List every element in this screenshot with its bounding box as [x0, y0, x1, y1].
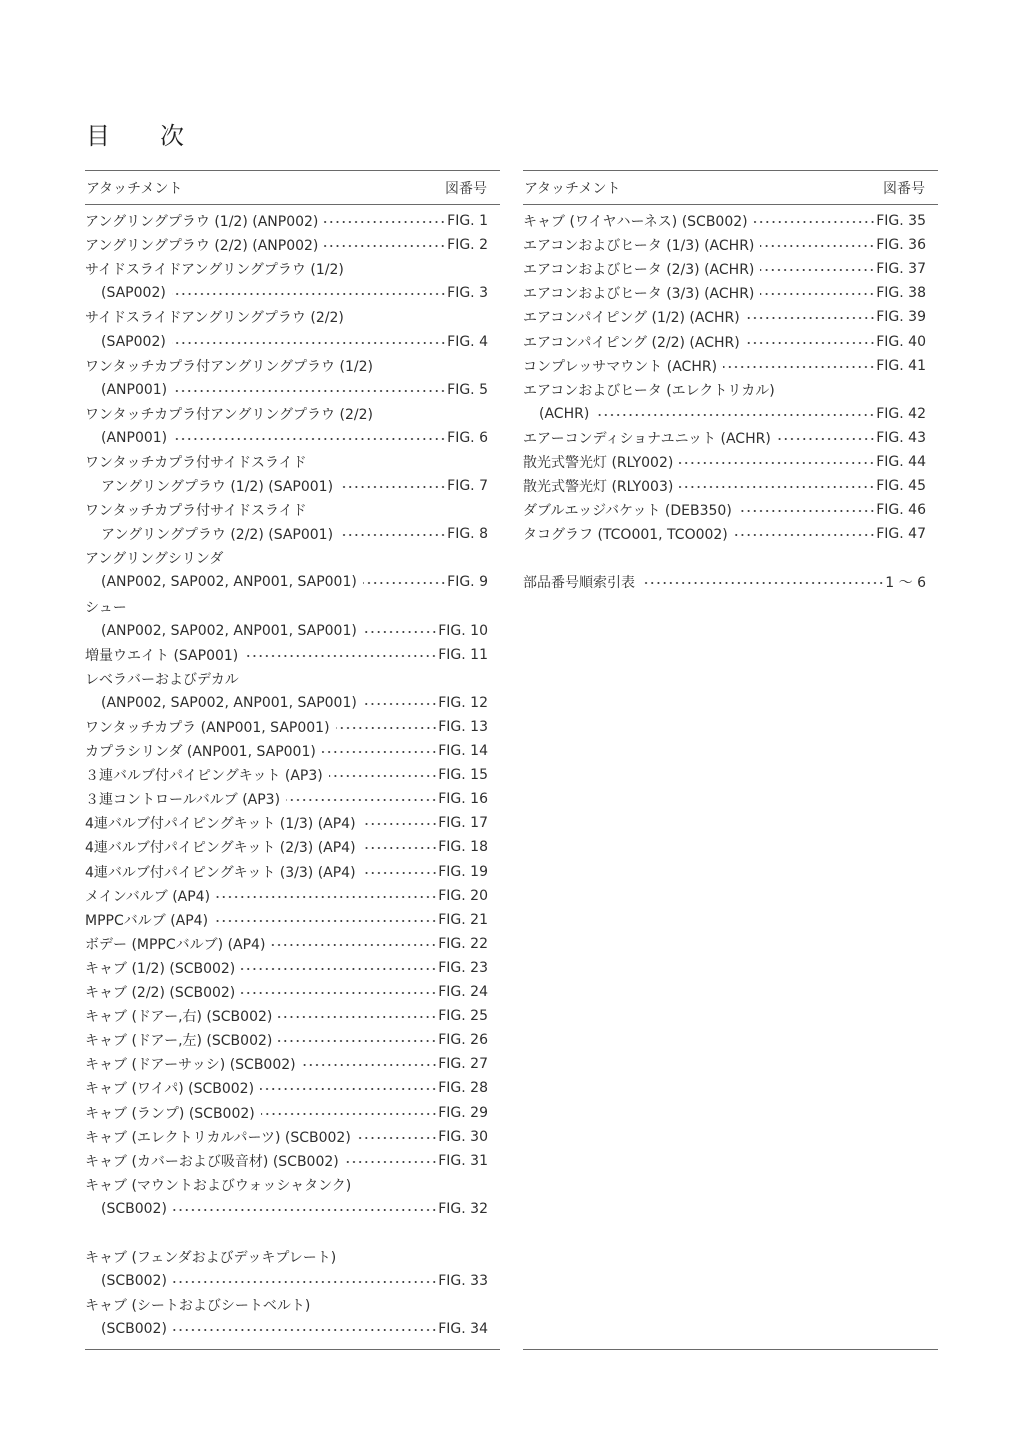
figure-number-link[interactable]: FIG. 21 — [438, 912, 488, 928]
figure-number-link[interactable]: FIG. 19 — [438, 864, 488, 880]
figure-number-link[interactable]: FIG. 1 — [447, 213, 488, 229]
figure-number-link[interactable]: 1 ～ 6 — [885, 572, 926, 592]
dot-leader — [216, 896, 437, 898]
figure-number-link[interactable]: FIG. 39 — [876, 309, 926, 325]
toc-entry-heading: キャブ (シートおよびシートベルト) — [85, 1293, 500, 1317]
toc-entry-heading: サイドスライドアングリングプラウ (1/2) — [85, 257, 500, 281]
figure-number-link[interactable]: FIG. 18 — [438, 839, 488, 855]
dot-leader — [738, 510, 875, 512]
dot-leader — [302, 1064, 438, 1066]
header-figure-number: 図番号 — [883, 178, 925, 198]
figure-number-link[interactable]: FIG. 42 — [876, 406, 926, 422]
toc-entry[interactable]: アングリングプラウ (1/2) (SAP001)FIG. 7 — [85, 474, 500, 498]
figure-number-link[interactable]: FIG. 33 — [438, 1273, 488, 1289]
dot-leader — [363, 703, 437, 705]
dot-leader — [754, 221, 876, 223]
toc-entry-label: (ANP002, SAP002, ANP001, SAP001) — [85, 695, 357, 711]
toc-entry-label: エアコンおよびヒータ (3/3) (ACHR) — [523, 283, 754, 303]
figure-number-link[interactable]: FIG. 36 — [876, 237, 926, 253]
dot-leader — [363, 582, 446, 584]
toc-entry-label: 増量ウエイト (SAP001) — [85, 645, 238, 665]
toc-entry[interactable]: 部品番号順索引表1 ～ 6 — [523, 570, 938, 594]
column-header: アタッチメント 図番号 — [523, 171, 938, 204]
toc-entry-heading: ワンタッチカプラ付アングリングプラウ (2/2) — [85, 402, 500, 426]
dot-leader — [173, 1209, 437, 1211]
dot-leader — [172, 342, 446, 344]
toc-entry-heading: シュー — [85, 595, 500, 619]
toc-entry[interactable]: (ANP001)FIG. 6 — [85, 426, 500, 450]
figure-number-link[interactable]: FIG. 4 — [447, 334, 488, 350]
toc-entry[interactable]: (SAP002)FIG. 3 — [85, 281, 500, 305]
toc-entry[interactable]: キャブ (ドアー,右) (SCB002)FIG. 25 — [85, 1004, 500, 1028]
toc-entry-heading: キャブ (フェンダおよびデッキプレート) — [85, 1245, 500, 1269]
header-attachment: アタッチメント — [86, 178, 182, 198]
toc-entry[interactable]: キャブ (1/2) (SCB002)FIG. 23 — [85, 956, 500, 980]
toc-entry-label: キャブ (ドアーサッシ) (SCB002) — [85, 1054, 296, 1074]
figure-number-link[interactable]: FIG. 27 — [438, 1056, 488, 1072]
toc-entry-label: ３連コントロールバルブ (AP3) — [85, 789, 280, 809]
toc-entry-label: (SAP002) — [85, 334, 166, 350]
dot-leader — [734, 534, 875, 536]
toc-entry[interactable]: ３連バルブ付パイピングキット (AP3)FIG. 15 — [85, 763, 500, 787]
toc-entry[interactable]: (SCB002)FIG. 34 — [85, 1317, 500, 1341]
toc-entry-label: 部品番号順索引表 — [523, 572, 635, 592]
dot-leader — [324, 245, 446, 247]
figure-number-link[interactable]: FIG. 14 — [438, 743, 488, 759]
figure-number-link[interactable]: FIG. 46 — [876, 502, 926, 518]
toc-entry-label: エアコンおよびヒータ (エレクトリカル) — [523, 380, 775, 400]
toc-entry[interactable]: アングリングプラウ (2/2) (ANP002)FIG. 2 — [85, 233, 500, 257]
dot-leader — [241, 968, 437, 970]
toc-entry-label: アングリングプラウ (1/2) (SAP001) — [85, 476, 333, 496]
toc-entry-label: MPPCバルブ (AP4) — [85, 910, 208, 930]
toc-entry[interactable]: アングリングプラウ (2/2) (SAP001)FIG. 8 — [85, 522, 500, 546]
dot-leader — [641, 582, 884, 584]
toc-entry-label: (ACHR) — [523, 406, 589, 422]
toc-entry-label: エアコンおよびヒータ (1/3) (ACHR) — [523, 235, 754, 255]
toc-entry[interactable]: 散光式警光灯 (RLY002)FIG. 44 — [523, 450, 938, 474]
toc-entry-label: アングリングプラウ (1/2) (ANP002) — [85, 211, 318, 231]
toc-entry[interactable]: キャブ (ランプ) (SCB002)FIG. 29 — [85, 1100, 500, 1124]
toc-entry-label: キャブ (シートおよびシートベルト) — [85, 1295, 310, 1315]
toc-entry[interactable]: 4連バルブ付パイピングキット (2/3) (AP4)FIG. 18 — [85, 835, 500, 859]
toc-entry[interactable]: ワンタッチカプラ (ANP001, SAP001)FIG. 13 — [85, 715, 500, 739]
dot-leader — [595, 414, 875, 416]
figure-number-link[interactable]: FIG. 13 — [438, 719, 488, 735]
toc-entry-label: カプラシリンダ (ANP001, SAP001) — [85, 741, 316, 761]
toc-entry-label: キャブ (フェンダおよびデッキプレート) — [85, 1247, 336, 1267]
figure-number-link[interactable]: FIG. 9 — [447, 574, 488, 590]
dot-leader — [336, 727, 438, 729]
toc-list: キャブ (ワイヤハーネス) (SCB002)FIG. 35エアコンおよびヒータ … — [523, 205, 938, 595]
toc-entry-label: タコグラフ (TCO001, TCO002) — [523, 524, 728, 544]
dot-leader — [363, 631, 437, 633]
figure-number-link[interactable]: FIG. 32 — [438, 1201, 488, 1217]
dot-leader — [172, 293, 446, 295]
dot-leader — [278, 1040, 437, 1042]
toc-entry[interactable]: アングリングプラウ (1/2) (ANP002)FIG. 1 — [85, 209, 500, 233]
toc-entry-label: キャブ (ランプ) (SCB002) — [85, 1103, 255, 1123]
toc-entry[interactable]: キャブ (ドアー,左) (SCB002)FIG. 26 — [85, 1028, 500, 1052]
dot-leader — [339, 486, 446, 488]
toc-entry-label: ワンタッチカプラ付アングリングプラウ (2/2) — [85, 404, 373, 424]
dot-leader — [278, 1016, 437, 1018]
toc-entry[interactable]: MPPCバルブ (AP4)FIG. 21 — [85, 908, 500, 932]
figure-number-link[interactable]: FIG. 16 — [438, 791, 488, 807]
toc-entry[interactable]: (SAP002)FIG. 4 — [85, 329, 500, 353]
toc-entry-heading: サイドスライドアングリングプラウ (2/2) — [85, 305, 500, 329]
figure-number-link[interactable]: FIG. 26 — [438, 1032, 488, 1048]
dot-leader — [322, 751, 437, 753]
toc-entry[interactable]: (ANP001)FIG. 5 — [85, 378, 500, 402]
toc-entry-label: キャブ (ワイヤハーネス) (SCB002) — [523, 211, 748, 231]
toc-entry-label: キャブ (ワイパ) (SCB002) — [85, 1078, 254, 1098]
figure-number-link[interactable]: FIG. 6 — [447, 430, 488, 446]
toc-entry[interactable]: エアコンパイピング (1/2) (ACHR)FIG. 39 — [523, 305, 938, 329]
dot-leader — [244, 655, 437, 657]
toc-column-left: アタッチメント 図番号 アングリングプラウ (1/2) (ANP002)FIG.… — [85, 170, 500, 1341]
toc-entry-heading: レベラバーおよびデカル — [85, 667, 500, 691]
figure-number-link[interactable]: FIG. 2 — [447, 237, 488, 253]
toc-entry-label: ワンタッチカプラ付アングリングプラウ (1/2) — [85, 356, 373, 376]
toc-entry[interactable]: ３連コントロールバルブ (AP3)FIG. 16 — [85, 787, 500, 811]
figure-number-link[interactable]: FIG. 22 — [438, 936, 488, 952]
figure-number-link[interactable]: FIG. 35 — [876, 213, 926, 229]
dot-leader — [723, 366, 875, 368]
toc-list: アングリングプラウ (1/2) (ANP002)FIG. 1アングリングプラウ … — [85, 205, 500, 1341]
toc-entry-label: 4連バルブ付パイピングキット (1/3) (AP4) — [85, 813, 356, 833]
dot-leader — [261, 1113, 438, 1115]
figure-number-link[interactable]: FIG. 30 — [438, 1129, 488, 1145]
toc-entry-label: メインバルブ (AP4) — [85, 886, 210, 906]
toc-entry-label: 4連バルブ付パイピングキット (2/3) (AP4) — [85, 837, 356, 857]
toc-entry[interactable]: キャブ (ドアーサッシ) (SCB002)FIG. 27 — [85, 1052, 500, 1076]
toc-entry[interactable]: (SCB002)FIG. 32 — [85, 1197, 500, 1221]
figure-number-link[interactable]: FIG. 37 — [876, 261, 926, 277]
toc-entry-label: アングリングプラウ (2/2) (ANP002) — [85, 235, 318, 255]
figure-number-link[interactable]: FIG. 20 — [438, 888, 488, 904]
toc-entry[interactable]: タコグラフ (TCO001, TCO002)FIG. 47 — [523, 522, 938, 546]
toc-entry-label: (SCB002) — [85, 1201, 167, 1217]
header-attachment: アタッチメント — [524, 178, 620, 198]
toc-entry-label: エアーコンディショナユニット (ACHR) — [523, 428, 771, 448]
toc-entry[interactable]: キャブ (ワイパ) (SCB002)FIG. 28 — [85, 1076, 500, 1100]
toc-entry-label: エアコンおよびヒータ (2/3) (ACHR) — [523, 259, 754, 279]
dot-leader — [173, 1329, 437, 1331]
toc-entry[interactable]: キャブ (カバーおよび吸音材) (SCB002)FIG. 31 — [85, 1149, 500, 1173]
toc-entry[interactable]: エアコンおよびヒータ (1/3) (ACHR)FIG. 36 — [523, 233, 938, 257]
dot-leader — [362, 872, 438, 874]
toc-entry-label: (ANP002, SAP002, ANP001, SAP001) — [85, 623, 357, 639]
figure-number-link[interactable]: FIG. 47 — [876, 526, 926, 542]
bottom-rule-right — [523, 1349, 938, 1350]
figure-number-link[interactable]: FIG. 23 — [438, 960, 488, 976]
toc-entry-label: キャブ (2/2) (SCB002) — [85, 982, 235, 1002]
toc-column-right: アタッチメント 図番号 キャブ (ワイヤハーネス) (SCB002)FIG. 3… — [523, 170, 938, 595]
toc-entry-heading: キャブ (マウントおよびウォッシャタンク) — [85, 1173, 500, 1197]
dot-leader — [260, 1088, 437, 1090]
toc-entry[interactable]: (SCB002)FIG. 33 — [85, 1269, 500, 1293]
toc-entry[interactable]: エアーコンディショナユニット (ACHR)FIG. 43 — [523, 426, 938, 450]
toc-entry-label: 4連バルブ付パイピングキット (3/3) (AP4) — [85, 862, 356, 882]
toc-entry[interactable]: ダブルエッジバケット (DEB350)FIG. 46 — [523, 498, 938, 522]
page-title: 目次 — [86, 116, 184, 151]
toc-entry-label: アングリングシリンダ — [85, 548, 223, 568]
toc-entry[interactable]: (ACHR)FIG. 42 — [523, 402, 938, 426]
toc-entry[interactable]: (ANP002, SAP002, ANP001, SAP001)FIG. 12 — [85, 691, 500, 715]
dot-leader — [746, 317, 876, 319]
figure-number-link[interactable]: FIG. 40 — [876, 334, 926, 350]
toc-entry-label: 散光式警光灯 (RLY002) — [523, 452, 673, 472]
figure-number-link[interactable]: FIG. 24 — [438, 984, 488, 1000]
figure-number-link[interactable]: FIG. 15 — [438, 767, 488, 783]
toc-entry[interactable]: キャブ (2/2) (SCB002)FIG. 24 — [85, 980, 500, 1004]
figure-number-link[interactable]: FIG. 43 — [876, 430, 926, 446]
figure-number-link[interactable]: FIG. 7 — [447, 478, 488, 494]
toc-entry-label: (ANP001) — [85, 382, 167, 398]
toc-entry-label: キャブ (ドアー,右) (SCB002) — [85, 1006, 272, 1026]
dot-leader — [760, 245, 875, 247]
toc-entry-label: ボデー (MPPCバルブ) (AP4) — [85, 934, 265, 954]
column-header: アタッチメント 図番号 — [85, 171, 500, 204]
dot-leader — [345, 1161, 438, 1163]
figure-number-link[interactable]: FIG. 31 — [438, 1153, 488, 1169]
toc-entry-label: キャブ (マウントおよびウォッシャタンク) — [85, 1175, 351, 1195]
dot-leader — [777, 438, 875, 440]
toc-entry[interactable]: メインバルブ (AP4)FIG. 20 — [85, 884, 500, 908]
toc-entry-label: キャブ (ドアー,左) (SCB002) — [85, 1030, 272, 1050]
figure-number-link[interactable]: FIG. 3 — [447, 285, 488, 301]
toc-entry[interactable]: コンプレッサマウント (ACHR)FIG. 41 — [523, 354, 938, 378]
figure-number-link[interactable]: FIG. 28 — [438, 1080, 488, 1096]
toc-entry[interactable]: 増量ウエイト (SAP001)FIG. 11 — [85, 643, 500, 667]
toc-entry-label: サイドスライドアングリングプラウ (1/2) — [85, 259, 344, 279]
dot-leader — [362, 847, 438, 849]
toc-entry-heading: アングリングシリンダ — [85, 546, 500, 570]
dot-leader — [173, 1281, 437, 1283]
figure-number-link[interactable]: FIG. 5 — [447, 382, 488, 398]
dot-leader — [746, 342, 876, 344]
toc-entry-label: エアコンパイピング (1/2) (ACHR) — [523, 307, 740, 327]
toc-entry-label: (SCB002) — [85, 1321, 167, 1337]
bottom-rule-left — [85, 1349, 500, 1350]
toc-entry-label: キャブ (エレクトリカルパーツ) (SCB002) — [85, 1127, 351, 1147]
figure-number-link[interactable]: FIG. 41 — [876, 358, 926, 374]
toc-entry-label: エアコンパイピング (2/2) (ACHR) — [523, 332, 740, 352]
toc-spacer — [85, 1221, 500, 1245]
toc-entry[interactable]: (ANP002, SAP002, ANP001, SAP001)FIG. 9 — [85, 570, 500, 594]
figure-number-link[interactable]: FIG. 11 — [438, 647, 488, 663]
dot-leader — [760, 293, 875, 295]
toc-entry[interactable]: 4連バルブ付パイピングキット (1/3) (AP4)FIG. 17 — [85, 811, 500, 835]
dot-leader — [339, 534, 446, 536]
figure-number-link[interactable]: FIG. 25 — [438, 1008, 488, 1024]
figure-number-link[interactable]: FIG. 45 — [876, 478, 926, 494]
toc-entry-heading: ワンタッチカプラ付アングリングプラウ (1/2) — [85, 354, 500, 378]
toc-entry[interactable]: 4連バルブ付パイピングキット (3/3) (AP4)FIG. 19 — [85, 860, 500, 884]
toc-entry-label: アングリングプラウ (2/2) (SAP001) — [85, 524, 333, 544]
toc-entry-heading: ワンタッチカプラ付サイドスライド — [85, 450, 500, 474]
figure-number-link[interactable]: FIG. 17 — [438, 815, 488, 831]
dot-leader — [760, 269, 875, 271]
toc-entry-label: レベラバーおよびデカル — [85, 669, 239, 689]
figure-number-link[interactable]: FIG. 10 — [438, 623, 488, 639]
toc-entry-label: (ANP001) — [85, 430, 167, 446]
figure-number-link[interactable]: FIG. 8 — [447, 526, 488, 542]
dot-leader — [679, 462, 875, 464]
toc-spacer — [523, 546, 938, 570]
dot-leader — [214, 920, 437, 922]
dot-leader — [357, 1137, 437, 1139]
dot-leader — [271, 944, 437, 946]
toc-entry-label: サイドスライドアングリングプラウ (2/2) — [85, 307, 344, 327]
header-figure-number: 図番号 — [445, 178, 487, 198]
dot-leader — [679, 486, 875, 488]
figure-number-link[interactable]: FIG. 38 — [876, 285, 926, 301]
figure-number-link[interactable]: FIG. 12 — [438, 695, 488, 711]
dot-leader — [329, 775, 438, 777]
toc-entry-label: シュー — [85, 597, 127, 617]
figure-number-link[interactable]: FIG. 29 — [438, 1105, 488, 1121]
toc-entry-label: キャブ (カバーおよび吸音材) (SCB002) — [85, 1151, 339, 1171]
toc-entry-label: 散光式警光灯 (RLY003) — [523, 476, 673, 496]
dot-leader — [286, 799, 437, 801]
dot-leader — [362, 823, 438, 825]
toc-entry-label: (ANP002, SAP002, ANP001, SAP001) — [85, 574, 357, 590]
figure-number-link[interactable]: FIG. 44 — [876, 454, 926, 470]
toc-entry-label: キャブ (1/2) (SCB002) — [85, 958, 235, 978]
dot-leader — [173, 390, 446, 392]
toc-entry-label: ワンタッチカプラ付サイドスライド — [85, 500, 307, 520]
figure-number-link[interactable]: FIG. 34 — [438, 1321, 488, 1337]
toc-entry[interactable]: (ANP002, SAP002, ANP001, SAP001)FIG. 10 — [85, 619, 500, 643]
toc-entry-label: ダブルエッジバケット (DEB350) — [523, 500, 732, 520]
toc-entry[interactable]: ボデー (MPPCバルブ) (AP4)FIG. 22 — [85, 932, 500, 956]
toc-entry[interactable]: キャブ (エレクトリカルパーツ) (SCB002)FIG. 30 — [85, 1125, 500, 1149]
toc-entry-heading: ワンタッチカプラ付サイドスライド — [85, 498, 500, 522]
toc-entry[interactable]: エアコンパイピング (2/2) (ACHR)FIG. 40 — [523, 329, 938, 353]
toc-entry[interactable]: エアコンおよびヒータ (3/3) (ACHR)FIG. 38 — [523, 281, 938, 305]
toc-entry[interactable]: キャブ (ワイヤハーネス) (SCB002)FIG. 35 — [523, 209, 938, 233]
toc-entry-label: コンプレッサマウント (ACHR) — [523, 356, 717, 376]
toc-entry[interactable]: 散光式警光灯 (RLY003)FIG. 45 — [523, 474, 938, 498]
toc-entry-heading: エアコンおよびヒータ (エレクトリカル) — [523, 378, 938, 402]
toc-entry[interactable]: カプラシリンダ (ANP001, SAP001)FIG. 14 — [85, 739, 500, 763]
dot-leader — [324, 221, 446, 223]
toc-entry-label: (SAP002) — [85, 285, 166, 301]
page-title-part-2: 次 — [160, 116, 184, 151]
dot-leader — [173, 438, 446, 440]
toc-entry-label: ワンタッチカプラ付サイドスライド — [85, 452, 307, 472]
toc-entry[interactable]: エアコンおよびヒータ (2/3) (ACHR)FIG. 37 — [523, 257, 938, 281]
toc-entry-label: ワンタッチカプラ (ANP001, SAP001) — [85, 717, 330, 737]
dot-leader — [241, 992, 437, 994]
toc-entry-label: (SCB002) — [85, 1273, 167, 1289]
page-title-part-1: 目 — [86, 116, 110, 151]
toc-entry-label: ３連バルブ付パイピングキット (AP3) — [85, 765, 323, 785]
